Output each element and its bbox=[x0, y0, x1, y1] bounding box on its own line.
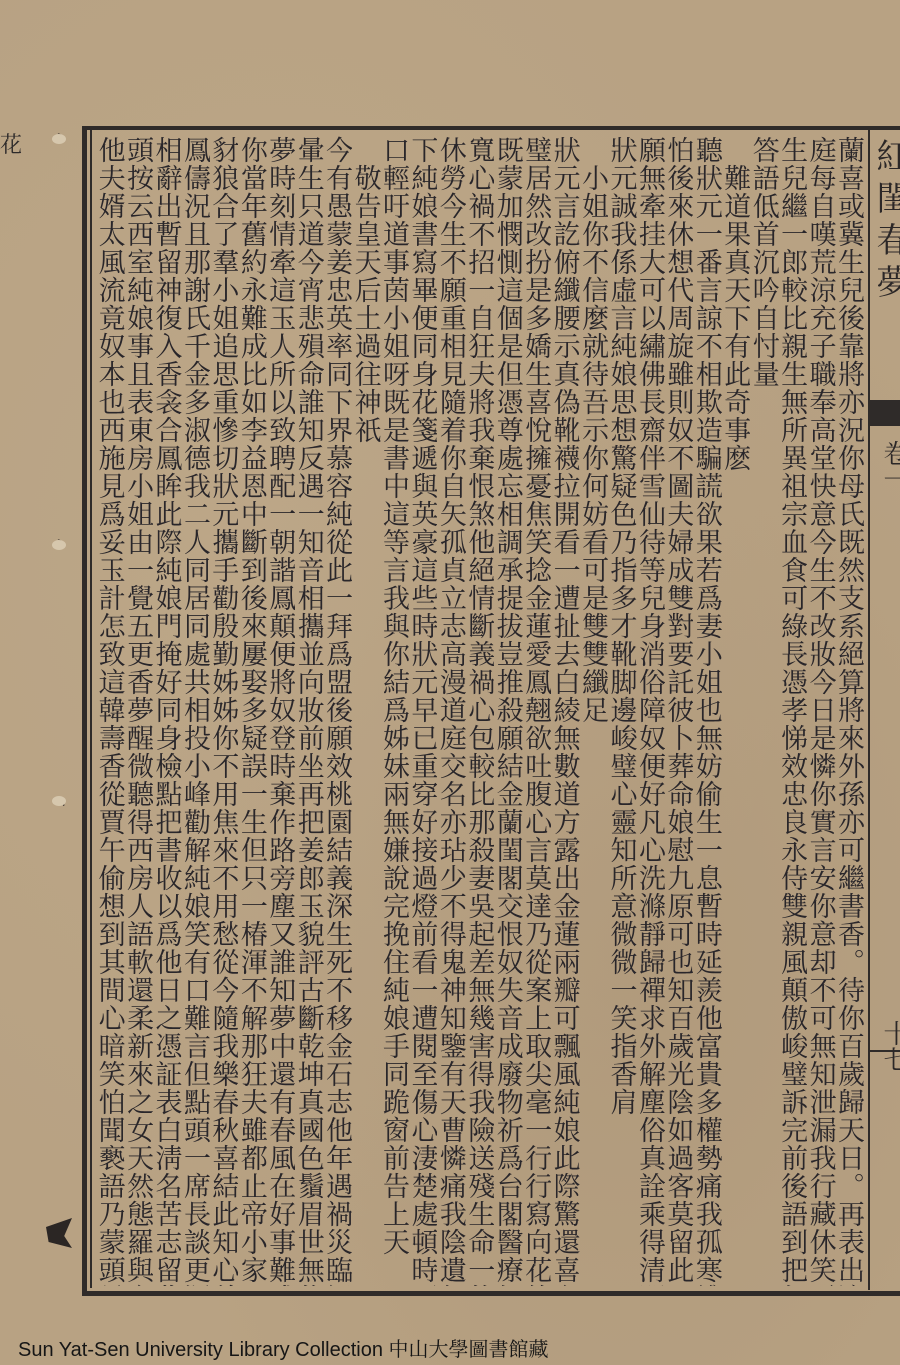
binding-hole bbox=[52, 796, 66, 806]
binding-hole bbox=[52, 134, 66, 144]
text-column: 狀元言訖俯纖腰示真偽靴襪拉開看一遭扯去白綾無數道方露出金蓮兩瓣可飄風純娘此際驚還… bbox=[551, 136, 579, 1286]
text-column: 今有愚蒙姜忠英率同下界慕容純從此一拜爲盟後願效桃園結義深生死不移金石志他年遇禍災… bbox=[324, 136, 352, 1286]
text-column: 生兒繼一郎較比親生無所異祖宗血食可綠長憑孝悌效忠良永侍雙親風顛傲峻璧訴完前後語到… bbox=[779, 136, 807, 1286]
text-column: 夢時刻情牽這玉人所以致聘配一朝諧鳳顛便將奴登時棄作路旁塵又誰知夢中還有春風在好事… bbox=[267, 136, 295, 1286]
text-column: 難道果真天下有此奇事麽 bbox=[722, 136, 750, 1314]
main-text-body: 蘭喜或冀生兒後靠將亦況你母氏既然支系絕算將來外孫亦可繼書香。待你百歲歸天日。再表… bbox=[96, 136, 864, 1286]
page-border-inner-line bbox=[90, 130, 92, 1288]
text-column: 下純娘書寫畢便同身花箋遞與英豪這些時狀元早已重穿好接過燈前看一遭閱至傷心淒楚處頓… bbox=[409, 136, 437, 1286]
text-column: 豺狼合了羣小姐追思重慘切狀元攜手勸殷勤姊姊你不用焦來不用愁從今隨我樂春秋喜結此知… bbox=[210, 136, 238, 1286]
page-number: 十七 bbox=[876, 1020, 900, 1072]
text-column: 聽狀元一番言諒不相欺造騙謊欲果若爲妻小姐也無妨偷生一息暫時延羨他富貴多權勢痛我孤… bbox=[693, 136, 721, 1286]
text-column: 口輕吁道事茵小姐呀既是書中這等言我與你結爲姊妹兩無嫌說完挽住純娘手同跪窗前告上天 bbox=[381, 136, 409, 1286]
text-column: 狀元誠我係虛言純娘思想驚疑色乃指多才靴脚邊峻璧心靈知所意微微一笑指香肩 bbox=[608, 136, 636, 1286]
text-column: 蘭喜或冀生兒後靠將亦況你母氏既然支系絕算將來外孫亦可繼書香。待你百歲歸天日。再表… bbox=[836, 136, 864, 1286]
text-column: 璧居然改扮是多嬌生喜悅擁憂焦笑捻金蓮愛鳳翹欲吐腹心言莫達乃從案上取尖毫一行行寫向… bbox=[523, 136, 551, 1286]
text-column: 暈生只道今宵悲殞命誰知反遇一知音相攜並向妝前坐再把姜郎玉貌評古斷乾坤真國色鬚眉世… bbox=[295, 136, 323, 1286]
text-column: 休勞今生不願重相見隨着你自矢孤貞立志高漫道庭交名亦玷少不得鬼神知鑒有天曹憐痛我陰… bbox=[437, 136, 465, 1286]
text-column: 頭按云西室純娘事且表東房小姐由一覺五更香夢醒微聽得西房人語軟還柔新來之女天然態羅… bbox=[125, 136, 153, 1286]
text-column: 你當年舊約永難成比如李益恩中斷到後來屢娶多疑誤一生但只一椿渾不解那狂夫雖都止帝小… bbox=[238, 136, 266, 1286]
text-column: 怕後來休想代周旋雖則奴不圖夫婦成雙對要託彼卜葬命娘慰九原可也知百歲光陰如過客莫留… bbox=[665, 136, 693, 1286]
text-column: 答語低首沉吟自忖量 bbox=[750, 136, 778, 1286]
library-credit: Sun Yat-Sen University Library Collectio… bbox=[18, 1333, 549, 1362]
text-column: 相辭出暫留神復入香衾合鳳眸此際純娘門掩好同身檢點把書收以爲他日之憑証表白淸名苦志… bbox=[153, 136, 181, 1286]
text-column: 他夫婿太風流竟奴本也西施見爲妥玉計怎致這韓壽香從賈午偷想到其間心暗笑怕聞褻語乃蒙… bbox=[96, 136, 124, 1286]
fish-tail-mark bbox=[870, 400, 900, 426]
text-column: 寬心禍不招一自狂夫將我棄恨煞他絕情斷義禍心包較比那殺妻吳起差無幾害得我險送殘生命… bbox=[466, 136, 494, 1286]
binding-hole bbox=[52, 540, 66, 550]
text-column: 庭每自嘆荒涼充子職奉高堂快意今生不改妝今日是憐你實言安你意却不可無知泄漏我行藏休… bbox=[807, 136, 835, 1286]
text-column: 既蒙加憫惻這個是但憑尊處忘相調承提拔豈推殺願結金蘭閨閣交恨奴失音成廢物祈爲台閣醫… bbox=[494, 136, 522, 1286]
text-column: 小姐你不信麼就待吾示你何妨看可是雙雙纖足 bbox=[580, 136, 608, 1314]
book-title: 紅閨春夢 bbox=[874, 138, 900, 306]
text-column: 敬告皇天后土過往神祇 bbox=[352, 136, 380, 1314]
text-column: 願無牽挂大可以繡佛長齋伴雪仙待等兒身消俗障奴便好凡心洗滌靜歸禪求外解塵俗真詮乘得… bbox=[637, 136, 665, 1286]
text-column: 鳳儔況且那謝氏千金多淑德我二人同居同處共相投小峰勸解純娘笑有口難言但點頭一席長談… bbox=[182, 136, 210, 1286]
volume-label: 卷一 bbox=[876, 440, 900, 492]
margin-spine-character: 花 bbox=[0, 128, 22, 159]
